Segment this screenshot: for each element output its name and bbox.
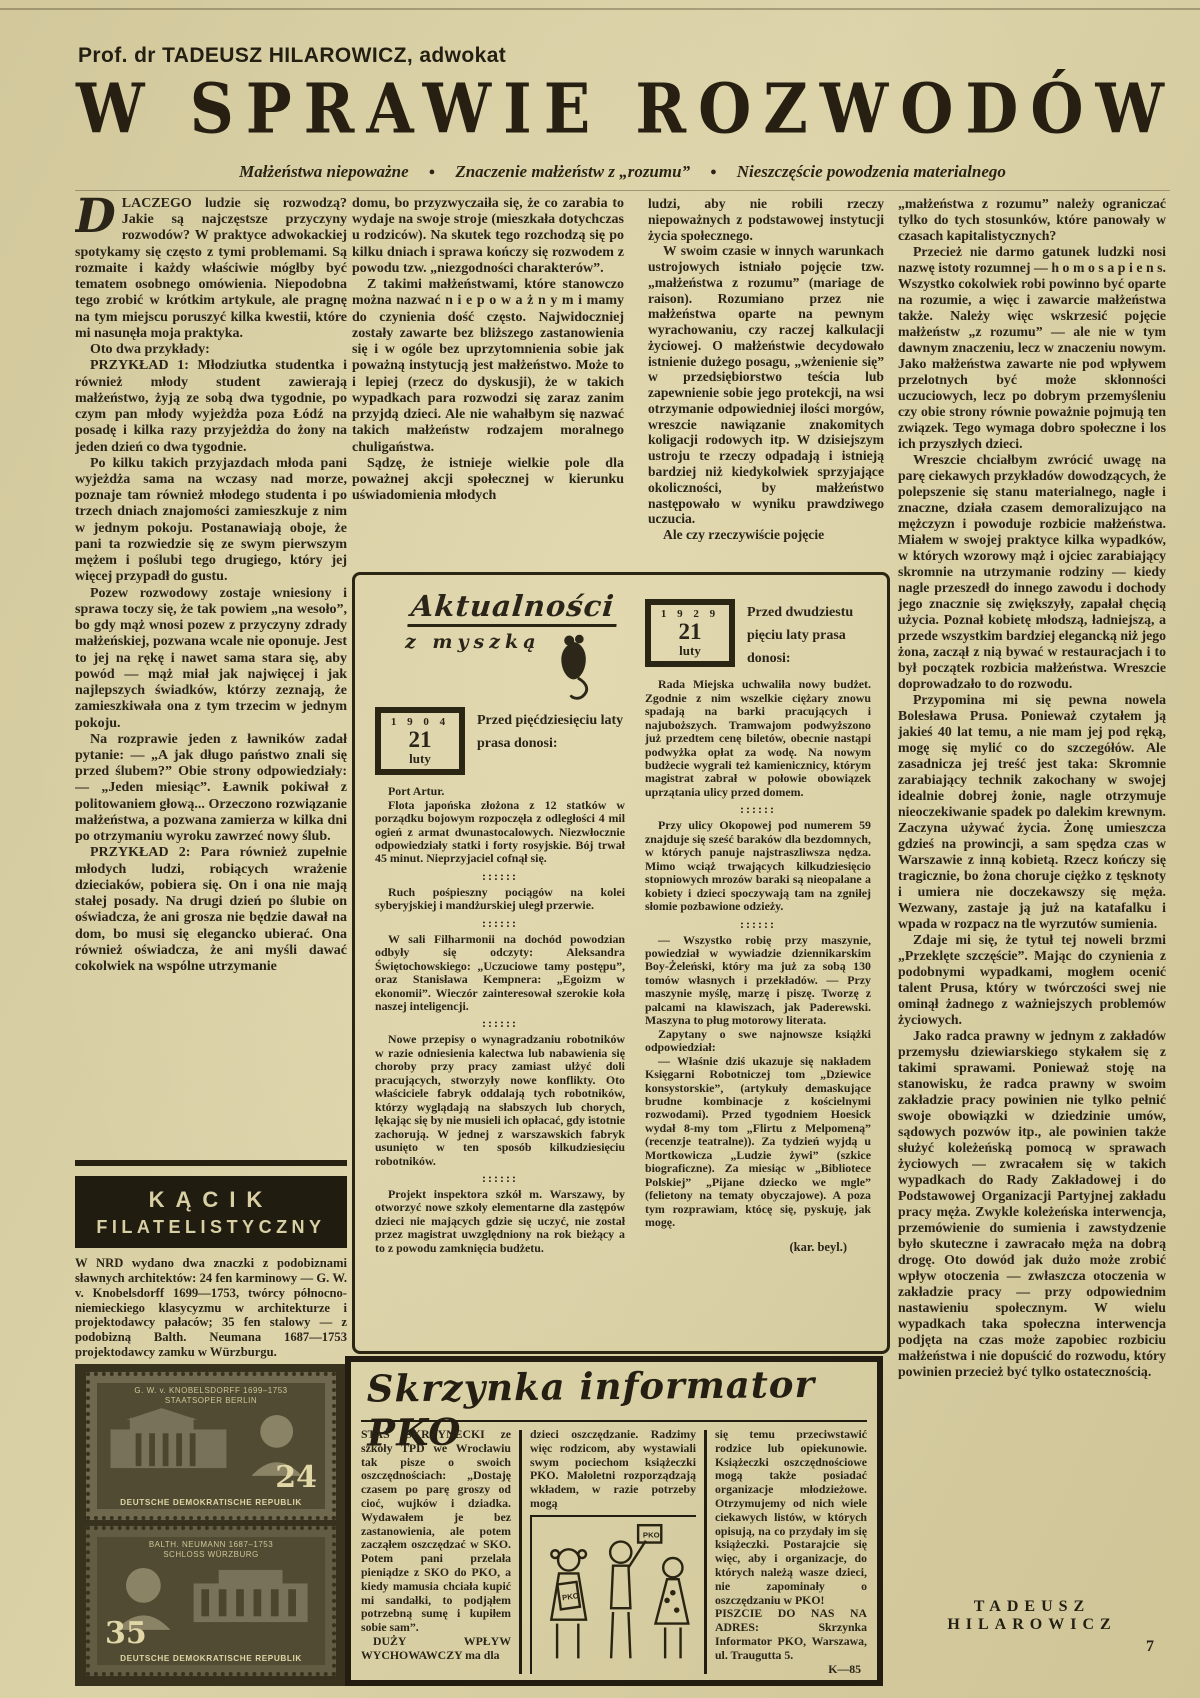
paragraph: PRZYKŁAD 1: Młodziutka studentka i równi… <box>75 358 347 455</box>
pko-address: PISZCIE DO NAS NA ADRES: Skrzynka Inform… <box>715 1607 867 1662</box>
stamp-24-fen: G. W. v. KNOBELSDORFF 1699–1753 STAATSOP… <box>86 1372 336 1520</box>
pko-column-c: się temu przeciwstawić rodzice lub opiek… <box>715 1428 867 1674</box>
item-separator: :::::: <box>375 1172 625 1184</box>
top-rule <box>0 8 1200 10</box>
page-number: 7 <box>1146 1638 1154 1656</box>
article-column-1: DLACZEGO ludzie się rozwodzą? Jakie są n… <box>75 196 347 1160</box>
stamp-country: DEUTSCHE DEMOKRATISCHE REPUBLIK <box>97 1654 325 1663</box>
stamp-value: 35 <box>105 1616 147 1651</box>
item-separator: :::::: <box>375 870 625 882</box>
news-item: W sali Filharmonii na dochód powodzian o… <box>375 933 625 1014</box>
aktualnosci-signature: (kar. beyl.) <box>645 1240 871 1255</box>
column-rule <box>75 1160 347 1166</box>
paragraph: W swoim czasie w innych warunkach ustroj… <box>648 243 884 527</box>
calendar-month: luty <box>651 644 729 657</box>
article-column-2: domu, bo przyzwyczaiła się, że co zarabi… <box>352 196 624 568</box>
paragraph: Po kilku takich przyjazdach młoda pani w… <box>75 456 347 586</box>
news-item: Nowe przepisy o wynagradzaniu robotników… <box>375 1033 625 1168</box>
stamp-country: DEUTSCHE DEMOKRATISCHE REPUBLIK <box>97 1498 325 1507</box>
paragraph: ludzi, aby nie robili rzeczy niepoważnyc… <box>648 196 884 243</box>
pko-text: się temu przeciwstawić rodzice lub opiek… <box>715 1428 867 1607</box>
paragraph: Jako radca prawny w jednym z zakładów pr… <box>898 1028 1166 1380</box>
bullet-icon: ● <box>710 162 717 182</box>
pko-text: dzieci oszczędzanie. Radzimy więc rodzic… <box>530 1428 696 1511</box>
dropcap-letter: D <box>75 196 122 236</box>
author-kicker: Prof. dr TADEUSZ HILAROWICZ, adwokat <box>78 44 506 68</box>
kacik-title-line1: KĄCIK <box>75 1187 347 1213</box>
stamp-picture: G. W. v. KNOBELSDORFF 1699–1753 STAATSOP… <box>97 1383 325 1509</box>
stamp-picture: BALTH. NEUMANN 1687–1753 SCHLOSS WÜRZBUR… <box>97 1537 325 1665</box>
bullet-icon: ● <box>429 162 436 182</box>
kacik-text: W NRD wydano dwa znaczki z podobiznami s… <box>75 1256 347 1359</box>
page-title: W SPRAWIE ROZWODÓW <box>76 70 1166 150</box>
pko-column-a: STAŚ SKRZYNECKI ze szkoły TPD we Wrocław… <box>361 1428 511 1674</box>
paragraph: Z takimi małżeństwami, które stanowczo m… <box>352 277 624 456</box>
stamp-caption: STAATSOPER BERLIN <box>97 1396 325 1405</box>
paragraph: DLACZEGO ludzie się rozwodzą? Jakie są n… <box>75 196 347 342</box>
article-column-3: ludzi, aby nie robili rzeczy niepoważnyc… <box>648 196 884 566</box>
paragraph: Na rozprawie jeden z ławników zadał pyta… <box>75 732 347 846</box>
pko-book-label: PKO <box>562 1591 580 1602</box>
news-item: Projekt inspektora szkół m. Warszawy, by… <box>375 1188 625 1255</box>
calendar-1904: 1 9 0 4 21 luty <box>375 707 465 775</box>
calendar-lead: Przed pięćdziesięciu laty prasa donosi: <box>477 707 625 755</box>
news-item: Przy ulicy Okopowej pod numerem 59 znajd… <box>645 819 871 913</box>
children-with-savings-books-illustration: PKO PKO <box>530 1515 696 1674</box>
pko-column-divider <box>519 1430 522 1674</box>
pko-box: Skrzynka informator PKO STAŚ SKRZYNECKI … <box>345 1356 883 1686</box>
calendar-1904-row: 1 9 0 4 21 luty Przed pięćdziesięciu lat… <box>375 707 625 775</box>
paragraph: Sądzę, że istnieje wielkie pole dla powa… <box>352 456 624 505</box>
pko-column-divider <box>704 1430 707 1674</box>
newspaper-page: Prof. dr TADEUSZ HILAROWICZ, adwokat W S… <box>0 0 1200 1698</box>
news-item: — Właśnie dziś ukazuje się nakładem Księ… <box>645 1055 871 1230</box>
subtitle-rule <box>75 190 1170 191</box>
pko-columns: STAŚ SKRZYNECKI ze szkoły TPD we Wrocław… <box>361 1428 867 1674</box>
paragraph: Zdaje mi się, że tytuł tej noweli brzmi … <box>898 932 1166 1028</box>
paragraph: PRZYKŁAD 2: Para również zupełnie młodyc… <box>75 845 347 975</box>
article-column-4: „małżeństwa z rozumu” należy ograniczać … <box>898 196 1166 1584</box>
subtitle-row: Małżeństwa niepoważne ● Znaczenie małżeń… <box>75 162 1170 182</box>
news-item: Flota japońska złożona z 12 statków w po… <box>375 799 625 866</box>
item-separator: :::::: <box>645 803 871 815</box>
news-item: — Wszystko robię przy maszynie, powiedzi… <box>645 934 871 1028</box>
news-item: Rada Miejska uchwaliła nowy budżet. Zgod… <box>645 678 871 799</box>
kacik-body: W NRD wydano dwa znaczki z podobiznami s… <box>75 1256 347 1377</box>
aktualnosci-logo: Aktualności z myszką <box>375 589 625 697</box>
kacik-filatelistyczny-header: KĄCIK FILATELISTYCZNY <box>75 1176 347 1248</box>
paragraph: Przypomina mi się pewna nowela Bolesława… <box>898 692 1166 932</box>
item-separator: :::::: <box>375 1017 625 1029</box>
aktualnosci-right-column: 1 9 2 9 21 luty Przed dwudziestu pięciu … <box>645 589 871 1329</box>
paragraph: Przecież nie darmo gatunek ludzki nosi n… <box>898 244 1166 452</box>
stamp-value: 24 <box>275 1460 317 1495</box>
pko-text: DUŻY WPŁYW WYCHOWAWCZY ma dla <box>361 1635 511 1663</box>
calendar-month: luty <box>381 752 459 765</box>
calendar-1929-row: 1 9 2 9 21 luty Przed dwudziestu pięciu … <box>645 599 871 670</box>
pko-code: K—85 <box>715 1663 867 1674</box>
paragraph: Ale czy rzeczywiście pojęcie <box>648 527 884 543</box>
stamp-caption: BALTH. NEUMANN 1687–1753 <box>97 1540 325 1549</box>
paragraph: „małżeństwa z rozumu” należy ograniczać … <box>898 196 1166 244</box>
aktualnosci-logo-title: Aktualności <box>407 589 620 627</box>
pko-heading-rule <box>361 1420 867 1422</box>
calendar-lead: Przed dwudziestu pięciu laty prasa donos… <box>747 599 871 670</box>
aktualnosci-box: Aktualności z myszką 1 9 0 4 21 luty Prz… <box>352 572 890 1354</box>
stamp-caption: SCHLOSS WÜRZBURG <box>97 1550 325 1559</box>
paragraph: Wreszcie chciałbym zwrócić uwagę na parę… <box>898 452 1166 692</box>
paragraph: Pozew rozwodowy zostaje wniesiony i spra… <box>75 586 347 732</box>
news-item: Zapytany o swe najnowsze książki odpowie… <box>645 1028 871 1055</box>
paragraph: Oto dwa przykłady: <box>75 342 347 358</box>
news-item: Port Artur. <box>375 785 625 798</box>
calendar-day: 21 <box>381 728 459 752</box>
paragraph: domu, bo przyzwyczaiła się, że co zarabi… <box>352 196 624 277</box>
aktualnosci-left-column: Aktualności z myszką 1 9 0 4 21 luty Prz… <box>375 589 625 1329</box>
stamps-photo: G. W. v. KNOBELSDORFF 1699–1753 STAATSOP… <box>75 1364 347 1686</box>
subtitle-item: Małżeństwa niepoważne <box>239 162 409 182</box>
item-separator: :::::: <box>375 917 625 929</box>
calendar-day: 21 <box>651 620 729 644</box>
item-separator: :::::: <box>645 918 871 930</box>
subtitle-item: Znaczenie małżeństw z „rozumu” <box>455 162 690 182</box>
mouse-icon <box>553 629 597 701</box>
stamp-caption: G. W. v. KNOBELSDORFF 1699–1753 <box>97 1386 325 1395</box>
pko-text: STAŚ SKRZYNECKI ze szkoły TPD we Wrocław… <box>361 1428 511 1635</box>
calendar-1929: 1 9 2 9 21 luty <box>645 599 735 667</box>
stamp-35-fen: BALTH. NEUMANN 1687–1753 SCHLOSS WÜRZBUR… <box>86 1526 336 1676</box>
kacik-title-line2: FILATELISTYCZNY <box>75 1217 347 1238</box>
pko-book-label: PKO <box>643 1531 660 1540</box>
author-signature: TADEUSZ HILAROWICZ <box>898 1598 1166 1634</box>
pko-column-b: dzieci oszczędzanie. Radzimy więc rodzic… <box>530 1428 696 1674</box>
subtitle-item: Nieszczęście powodzenia materialnego <box>737 162 1006 182</box>
news-item: Ruch pośpieszny pociągów na kolei sybery… <box>375 886 625 913</box>
